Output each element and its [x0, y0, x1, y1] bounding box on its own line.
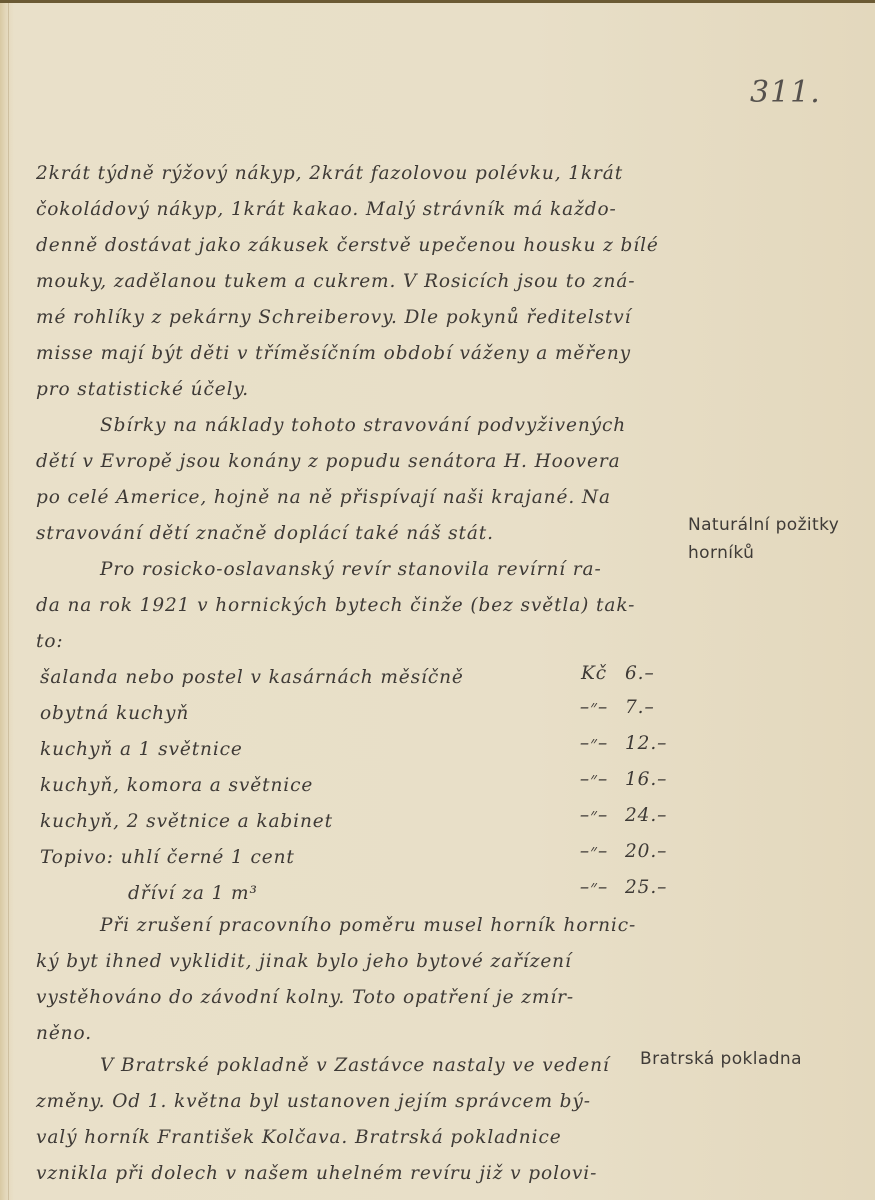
row-label: kuchyň, 2 světnice a kabinet — [40, 811, 333, 832]
row-amount: 25.– — [625, 877, 667, 898]
row-label: kuchyň, komora a světnice — [40, 775, 313, 796]
row-amount: 12.– — [625, 733, 667, 754]
text-line: vystěhováno do závodní kolny. Toto opatř… — [36, 987, 574, 1008]
text-line: Při zrušení pracovního poměru musel horn… — [100, 915, 636, 936]
row-unit: –״– — [574, 697, 614, 719]
margin-note-horniku: horníků — [688, 543, 754, 563]
text-line: valý horník František Kolčava. Bratrská … — [36, 1127, 562, 1148]
text-line: vznikla při dolech v našem uhelném revír… — [36, 1163, 597, 1184]
row-amount: 6.– — [625, 663, 655, 684]
row-label: obytná kuchyň — [40, 703, 189, 724]
text-line: Pro rosicko-oslavanský revír stanovila r… — [100, 559, 602, 580]
text-line: dětí v Evropě jsou konány z popudu senát… — [36, 451, 621, 472]
text-line: da na rok 1921 v hornických bytech činže… — [36, 595, 635, 616]
text-line: po celé Americe, hojně na ně přispívají … — [36, 487, 611, 508]
row-amount: 24.– — [625, 805, 667, 826]
row-amount: 20.– — [625, 841, 667, 862]
row-unit: –״– — [574, 841, 614, 863]
row-amount: 7.– — [625, 697, 655, 718]
row-label: Topivo: uhlí černé 1 cent — [40, 847, 295, 868]
row-amount: 16.– — [625, 769, 667, 790]
text-line: stravování dětí značně doplácí také náš … — [36, 523, 494, 544]
text-line: Sbírky na náklady tohoto stravování podv… — [100, 415, 626, 436]
row-label: šalanda nebo postel v kasárnách měsíčně — [40, 667, 464, 688]
text-line: 2krát týdně rýžový nákyp, 2krát fazolovo… — [36, 163, 623, 184]
row-unit: –״– — [574, 877, 614, 899]
text-line: ký byt ihned vyklidit, jinak bylo jeho b… — [36, 951, 572, 972]
row-unit: –״– — [574, 733, 614, 755]
margin-note-bratrska-pokladna: Bratrská pokladna — [640, 1049, 802, 1069]
text-line: změny. Od 1. května byl ustanoven jejím … — [36, 1091, 591, 1112]
row-unit: –״– — [574, 769, 614, 791]
row-label: dříví za 1 m³ — [128, 883, 258, 904]
text-line: čokoládový nákyp, 1krát kakao. Malý strá… — [36, 199, 617, 220]
row-label: kuchyň a 1 světnice — [40, 739, 243, 760]
page-number: 311. — [750, 75, 821, 110]
row-unit: –״– — [574, 805, 614, 827]
text-line: V Bratrské pokladně v Zastávce nastaly v… — [100, 1055, 610, 1076]
row-unit: Kč — [574, 663, 614, 684]
margin-note-naturalni-pozitky: Naturální požitky — [688, 515, 839, 535]
text-line: mouky, zadělanou tukem a cukrem. V Rosic… — [36, 271, 635, 292]
manuscript-page: 311. 2krát týdně rýžový nákyp, 2krát faz… — [0, 0, 875, 1200]
text-line: pro statistické účely. — [36, 379, 249, 400]
text-line: mé rohlíky z pekárny Schreiberovy. Dle p… — [36, 307, 631, 328]
text-line: to: — [36, 631, 64, 652]
text-line: denně dostávat jako zákusek čerstvě upeč… — [36, 235, 659, 256]
text-line: něno. — [36, 1023, 92, 1044]
text-line: misse mají být děti v tříměsíčním období… — [36, 343, 631, 364]
